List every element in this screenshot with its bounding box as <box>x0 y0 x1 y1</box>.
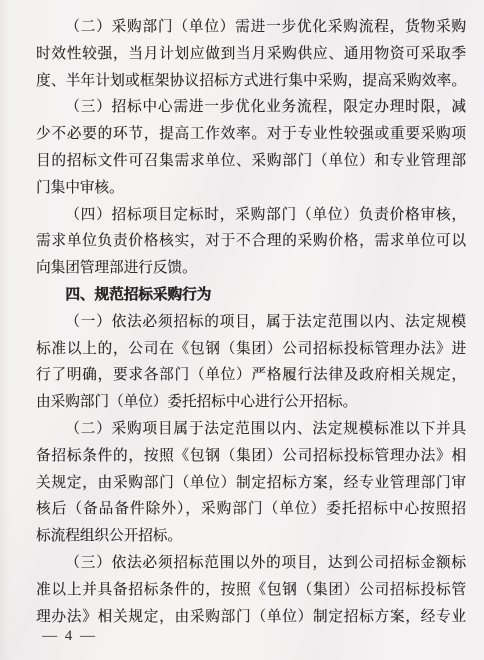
text-line: 目的招标文件可召集需求单位、采购部门（单位）和专业管理部 <box>36 148 466 175</box>
text-line: 核后（备品备件除外），采购部门（单位）委托招标中心按照招 <box>36 496 466 523</box>
text-line: 关规定，由采购部门（单位）制定招标方案，经专业管理部门审 <box>36 470 466 497</box>
text-line: 需求单位负责价格核实，对于不合理的采购价格，需求单位可以 <box>36 228 466 255</box>
text-line: 标准以上的，公司在《包钢（集团）公司招标投标管理办法》进 <box>36 336 466 363</box>
text-line: 理办法》相关规定，由采购部门（单位）制定招标方案，经专业 <box>36 604 466 631</box>
text-line: 度、半年计划或框架协议招标方式进行集中采购，提高采购效率。 <box>36 68 466 95</box>
text-line: （三）依法必须招标范围以外的项目，达到公司招标金额标 <box>36 550 466 577</box>
text-line: 四、规范招标采购行为 <box>36 282 466 309</box>
text-line: （四）招标项目定标时，采购部门（单位）负责价格审核， <box>36 202 466 229</box>
text-block: （二）采购部门（单位）需进一步优化采购流程，货物采购时效性较强，当月计划应做到当… <box>36 14 466 630</box>
text-line: （二）采购项目属于法定范围以内、法定规模标准以下并具 <box>36 416 466 443</box>
text-line: 向集团管理部进行反馈。 <box>36 255 466 282</box>
text-line: 标流程组织公开招标。 <box>36 523 466 550</box>
text-line: （一）依法必须招标的项目，属于法定范围以内、法定规模 <box>36 309 466 336</box>
text-line: 由采购部门（单位）委托招标中心进行公开招标。 <box>36 389 466 416</box>
text-line: 备招标条件的，按照《包钢（集团）公司招标投标管理办法》相 <box>36 443 466 470</box>
text-line: （二）采购部门（单位）需进一步优化采购流程，货物采购 <box>36 14 466 41</box>
document-page: （二）采购部门（单位）需进一步优化采购流程，货物采购时效性较强，当月计划应做到当… <box>0 0 484 660</box>
text-line: 门集中审核。 <box>36 175 466 202</box>
text-line: 少不必要的环节，提高工作效率。对于专业性较强或重要采购项 <box>36 121 466 148</box>
text-line: 时效性较强，当月计划应做到当月采购供应、通用物资可采取季 <box>36 41 466 68</box>
text-line: 行了明确，要求各部门（单位）严格履行法律及政府相关规定， <box>36 362 466 389</box>
page-number: — 4 — <box>42 628 97 645</box>
text-line: 准以上并具备招标条件的，按照《包钢（集团）公司招标投标管 <box>36 577 466 604</box>
text-line: （三）招标中心需进一步优化业务流程，限定办理时限，减 <box>36 94 466 121</box>
